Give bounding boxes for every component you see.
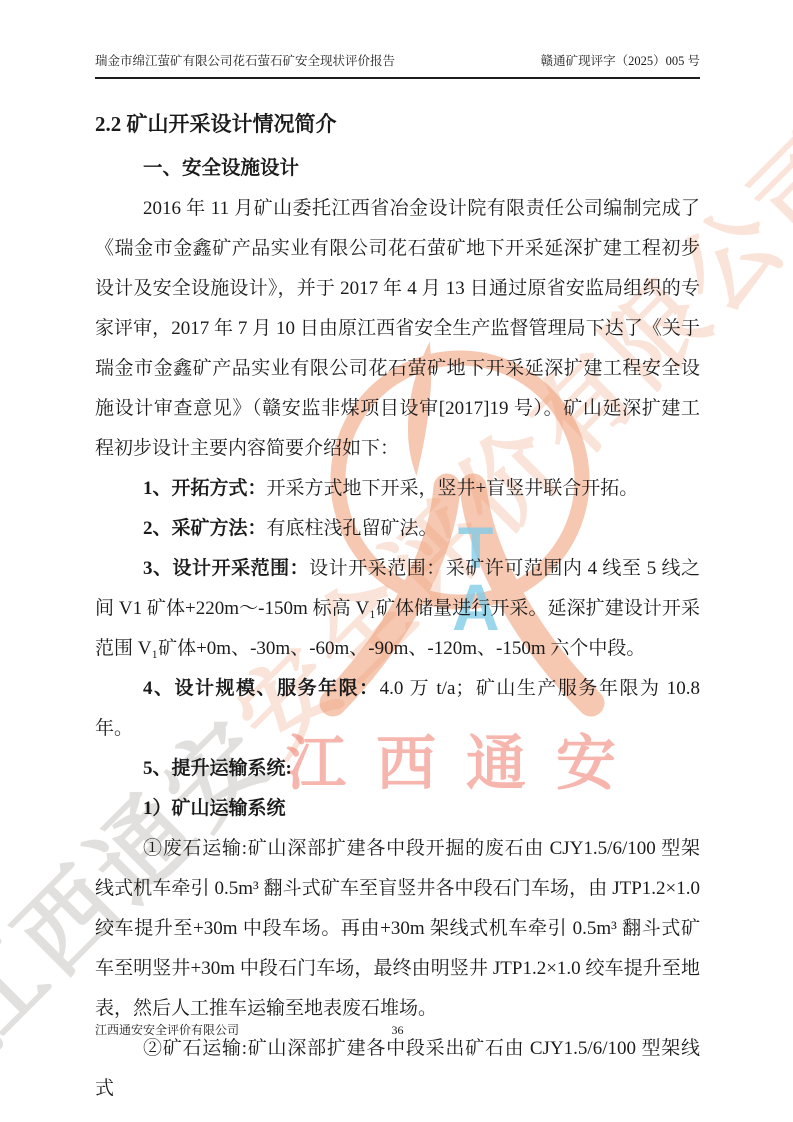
list-item-2-text: 有底柱浅孔留矿法。 — [267, 518, 438, 539]
list-item-4-label: 4、设计规模、服务年限： — [143, 678, 380, 699]
footer-company-name: 江西通安安全评价有限公司 — [95, 1023, 239, 1037]
list-item-5-label: 5、提升运输系统: — [143, 758, 292, 779]
list-item-3-label: 3、设计开采范围： — [143, 558, 309, 579]
page-header: 瑞金市绵江萤矿有限公司花石萤石矿安全现状评价报告 赣通矿现评字（2025）005… — [95, 0, 700, 79]
intro-paragraph: 2016 年 11 月矿山委托江西省冶金设计院有限责任公司编制完成了《瑞金市金鑫… — [95, 189, 700, 469]
header-doc-number: 赣通矿现评字（2025）005 号 — [541, 54, 700, 69]
list-item-2-label: 2、采矿方法： — [143, 518, 267, 539]
list-item-3: 3、设计开采范围：设计开采范围：采矿许可范围内 4 线至 5 线之间 V1 矿体… — [95, 549, 700, 669]
list-item-1: 1、开拓方式：开采方式地下开采，竖井+盲竖井联合开拓。 — [95, 469, 700, 509]
subsystem-heading: 1）矿山运输系统 — [95, 789, 700, 829]
waste-transport-paragraph: ①废石运输:矿山深部扩建各中段开掘的废石由 CJY1.5/6/100 型架线式机… — [95, 829, 700, 1029]
list-item-2: 2、采矿方法：有底柱浅孔留矿法。 — [95, 509, 700, 549]
list-item-1-text: 开采方式地下开采，竖井+盲竖井联合开拓。 — [267, 478, 639, 499]
footer-page-number: 36 — [392, 1023, 404, 1038]
subsection-title: 一、安全设施设计 — [95, 156, 700, 182]
page-footer: 江西通安安全评价有限公司 36 — [95, 1023, 700, 1038]
ore-transport-paragraph: ②矿石运输:矿山深部扩建各中段采出矿石由 CJY1.5/6/100 型架线式 — [95, 1029, 700, 1109]
subsystem-heading-label: 1）矿山运输系统 — [143, 798, 286, 819]
section-title: 2.2 矿山开采设计情况简介 — [95, 111, 700, 137]
list-item-4: 4、设计规模、服务年限：4.0 万 t/a；矿山生产服务年限为 10.8 年。 — [95, 669, 700, 749]
header-report-title: 瑞金市绵江萤矿有限公司花石萤石矿安全现状评价报告 — [95, 54, 395, 69]
list-item-5: 5、提升运输系统: — [95, 749, 700, 789]
report-page: 江西通安安全评价有限公司 T A 江西通安 瑞金市绵江萤矿有限公司花石萤石矿安全… — [0, 0, 793, 1122]
list-item-1-label: 1、开拓方式： — [143, 478, 267, 499]
document-content: 瑞金市绵江萤矿有限公司花石萤石矿安全现状评价报告 赣通矿现评字（2025）005… — [95, 0, 700, 1109]
